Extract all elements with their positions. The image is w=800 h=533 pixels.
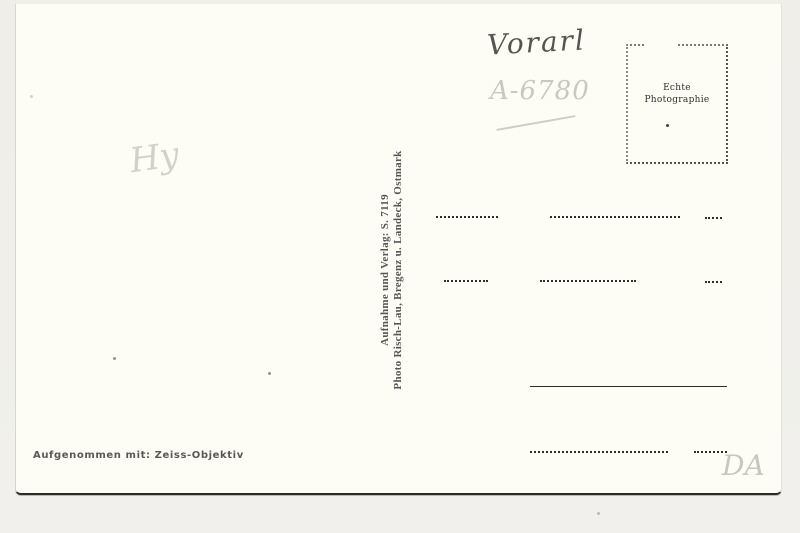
address-line-2-seg-c	[705, 281, 722, 283]
address-line-2-seg-b	[540, 280, 636, 282]
address-line-1-seg-a	[436, 216, 498, 218]
publisher-line2: Photo Risch-Lau, Bregenz u. Landeck, Ost…	[392, 150, 405, 389]
handwritten-initials: DA	[722, 449, 765, 482]
stamp-box-label: Echte Photographie	[628, 82, 726, 106]
publisher-line1: Aufnahme und Verlag: S. 7119	[379, 150, 392, 389]
address-line-3	[530, 386, 727, 387]
address-line-1-seg-b	[550, 216, 680, 218]
scan-speck	[597, 512, 600, 515]
handwritten-location: Vorarl	[486, 23, 587, 61]
stamp-box: Echte Photographie	[626, 44, 728, 164]
scan-speck	[30, 95, 33, 98]
scan-speck	[113, 357, 116, 360]
publisher-imprint: Aufnahme und Verlag: S. 7119 Photo Risch…	[379, 150, 405, 389]
postcard-scan: Vorarl A-6780 Hy DA Echte Photographie A…	[0, 0, 800, 533]
stamp-label-line2: Photographie	[628, 94, 726, 106]
address-line-1-seg-c	[705, 217, 722, 219]
address-line-2-seg-a	[444, 280, 488, 282]
handwritten-scribble: Hy	[127, 135, 181, 181]
stamp-dot	[666, 124, 669, 127]
lens-caption: Aufgenommen mit: Zeiss-Objektiv	[33, 450, 244, 461]
scan-speck	[268, 372, 271, 375]
handwritten-postal-code: A-6780	[490, 76, 590, 106]
address-line-4-seg-b	[694, 451, 727, 453]
address-line-4-seg-a	[530, 451, 668, 453]
stamp-label-line1: Echte	[628, 82, 726, 94]
